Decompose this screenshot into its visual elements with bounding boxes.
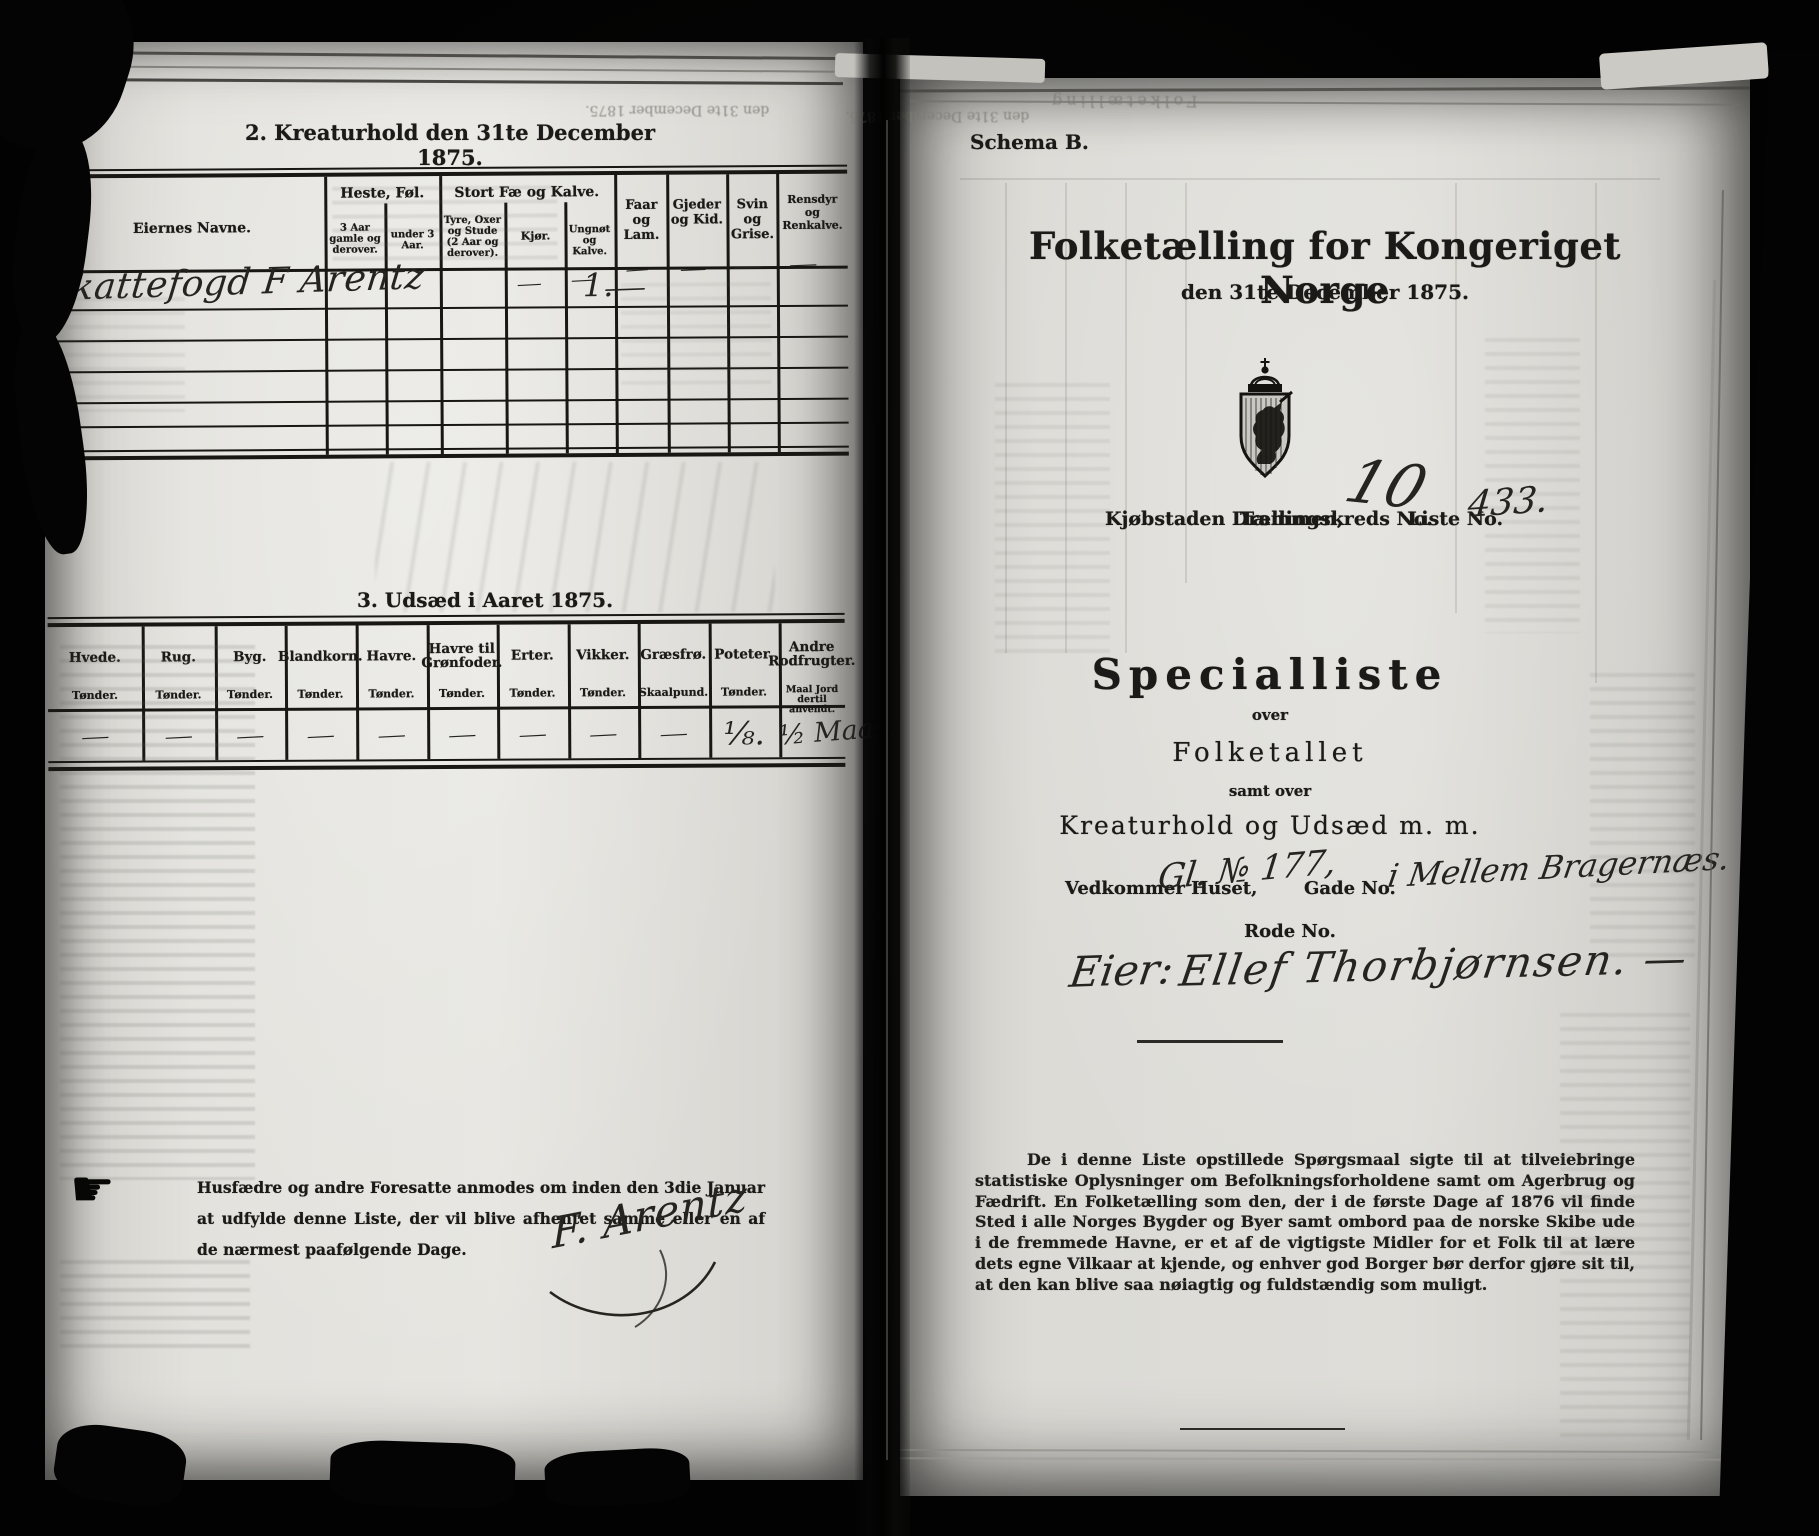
t3-col-6-header: Erter.Tønder. xyxy=(497,624,568,706)
value-ungnot: — xyxy=(569,270,597,291)
t3-col-unit: Tønder. xyxy=(427,687,497,707)
table3-title: 3. Udsæd i Aaret 1875. xyxy=(295,588,675,612)
gutter-shadow xyxy=(854,38,910,1536)
col-header-gjeder: Gjeder og Kid. xyxy=(669,197,724,227)
t3-col-name: Blandkorn. xyxy=(285,625,356,687)
t3-col-name: Havre. xyxy=(356,625,427,687)
table2-title: 2. Kreaturhold den 31te December 1875. xyxy=(215,120,685,170)
t3-col-unit: Maal Jord dertil anvendt. xyxy=(779,685,845,705)
t3-col-4-header: Havre.Tønder. xyxy=(356,625,427,707)
t3-col-unit: Tønder. xyxy=(497,686,568,706)
t3-col-5-header: Havre til Grønfoder.Tønder. xyxy=(427,625,497,707)
liste-number-handwritten: 433. xyxy=(1466,479,1550,526)
value-kjor: — xyxy=(515,274,543,295)
t3-col-10-header: Andre Rodfrugter.Maal Jord dertil anvend… xyxy=(779,623,845,705)
col-header-ungnot: Ungnøt og Kalve. xyxy=(566,224,612,257)
kreaturhold-label: Kreaturhold og Udsæd m. m. xyxy=(995,811,1545,840)
rule xyxy=(48,613,845,619)
value-gjeder: — xyxy=(679,259,708,280)
left-page: den 31te December 1875. 2. Kreaturhold d… xyxy=(45,42,863,1480)
over-label: over xyxy=(995,706,1545,724)
col-header-kjor: Kjør. xyxy=(509,230,561,241)
t3-col-name: Vikker. xyxy=(568,624,638,686)
t3-col-8-header: Græsfrø.Skaalpund. xyxy=(638,624,709,706)
t3-col-10-value: ½ Maas. xyxy=(777,707,846,760)
t3-col-unit: Tønder. xyxy=(285,687,356,707)
signature-flourish xyxy=(540,1232,730,1337)
mirrored-bleed-text: Folketælling xyxy=(1048,92,1198,111)
mirrored-bleed-text: den 31te December 1875. xyxy=(585,102,769,118)
t3-col-name: Havre til Grønfoder. xyxy=(427,625,497,687)
col-header-owner: Eiernes Navne. xyxy=(84,220,299,237)
t3-col-unit: Skaalpund. xyxy=(638,686,709,706)
bleed-through-column xyxy=(60,1255,250,1350)
t3-col-name: Andre Rodfrugter. xyxy=(779,623,845,685)
rule xyxy=(56,452,849,461)
t3-col-3-header: Blandkorn.Tønder. xyxy=(285,625,356,707)
col-line xyxy=(324,177,329,455)
folketallet-label: Folketallet xyxy=(995,738,1545,768)
census-scan: den 31te December 1875. 2. Kreaturhold d… xyxy=(0,0,1819,1536)
gutter-highlight xyxy=(886,120,888,1460)
bleed-through-block xyxy=(995,378,1110,658)
page-edge-line xyxy=(53,78,843,85)
coat-of-arms-norway xyxy=(1228,356,1302,484)
t3-col-unit: Tønder. xyxy=(568,686,638,706)
col-header-faar: Faar og Lam. xyxy=(618,198,664,243)
rule-bottom xyxy=(1180,1428,1345,1430)
rode-no-label: Rode No. xyxy=(1230,921,1350,942)
bleed-grid-line xyxy=(960,178,1660,180)
scan-edge-blob xyxy=(329,1439,516,1510)
right-page: Schema B. Folketælling for Kongeriget No… xyxy=(900,78,1750,1496)
col-header-heste-group: Heste, Føl. xyxy=(332,185,432,202)
t3-col-7-header: Vikker.Tønder. xyxy=(568,624,638,706)
bleed-through-column xyxy=(60,640,255,1180)
t3-col-name: Græsfrø. xyxy=(638,624,709,686)
page-crease xyxy=(900,1449,1750,1453)
specialliste-heading: Specialliste xyxy=(995,650,1545,699)
t3-col-unit: Tønder. xyxy=(356,687,427,707)
t3-col-name: Erter. xyxy=(497,624,568,686)
bleed-through-block xyxy=(65,292,185,412)
col-header-heste-3aar: 3 Aar gamle og derover. xyxy=(327,222,382,255)
col-header-rensdyr: Rensdyr og Renkalve. xyxy=(780,193,844,232)
value-faar: — xyxy=(624,259,650,281)
rule-under-owner xyxy=(1137,1040,1283,1043)
page-edge-line xyxy=(910,100,1740,106)
bleed-through-column xyxy=(1590,668,1695,958)
col-header-svin: Svin og Grise. xyxy=(730,197,774,242)
t3-col-unit: Tønder. xyxy=(709,685,779,705)
value-rensdyr: — xyxy=(788,254,819,275)
samt-over-label: samt over xyxy=(995,782,1545,800)
t3-col-9-value: ⅛. xyxy=(709,709,779,757)
col-header-stort-group: Stort Fæ og Kalve. xyxy=(454,184,599,201)
owner-name-handwritten: Ellef Thorbjørnsen. — xyxy=(1176,933,1691,996)
manicule-icon: ☛ xyxy=(70,1160,115,1218)
page-crease xyxy=(900,1457,1750,1460)
info-paragraph: De i denne Liste opstillede Spørgsmaal s… xyxy=(975,1150,1635,1296)
col-header-heste-under3: under 3 Aar. xyxy=(387,229,437,251)
col-header-tyre: Tyre, Oxer og Stude (2 Aar og derover). xyxy=(442,215,502,259)
page-edge-line xyxy=(59,65,839,72)
page-edge-line xyxy=(55,51,850,60)
value-svin: — xyxy=(732,257,763,278)
schema-label: Schema B. xyxy=(970,130,1089,154)
eier-label-handwritten: Eier: xyxy=(1067,944,1177,997)
form-subtitle: den 31te December 1875. xyxy=(1145,280,1505,304)
scan-edge-blob xyxy=(544,1446,692,1509)
gade-no-label: Gade No. xyxy=(1304,878,1396,899)
